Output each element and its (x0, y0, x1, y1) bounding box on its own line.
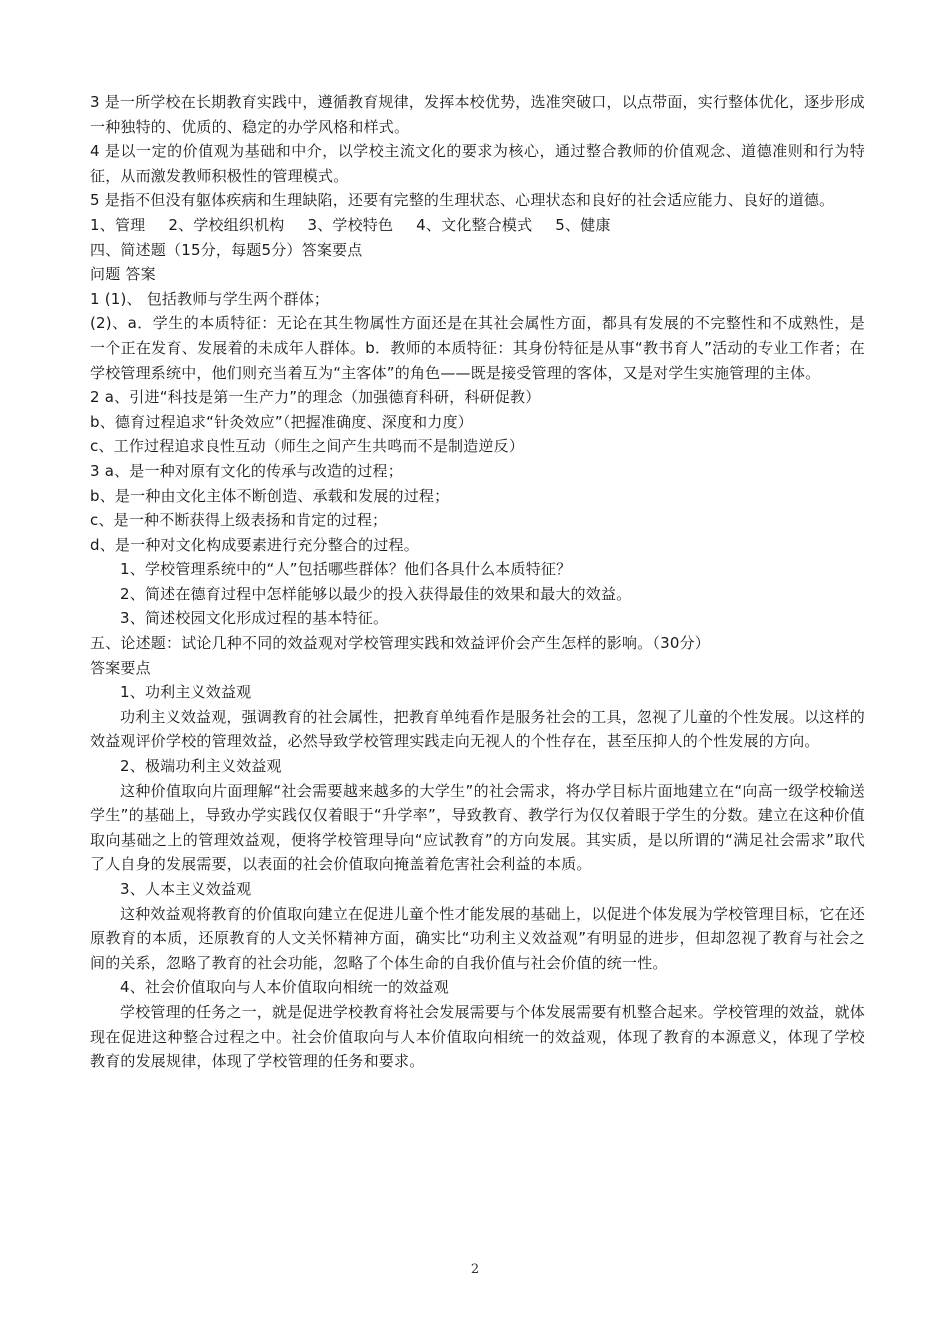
page-number: 2 (0, 1262, 950, 1277)
q3-item-b: b、是一种由文化主体不断创造、承载和发展的过程； (90, 484, 865, 509)
answer-term: 1、管理 (90, 216, 145, 234)
definition-3: 3 是一所学校在长期教育实践中，遵循教育规律，发挥本校优势，选准突破口，以点带面… (90, 90, 865, 139)
section5-subheading: 答案要点 (90, 656, 865, 681)
definition-4: 4 是以一定的价值观为基础和中介，以学校主流文化的要求为核心，通过整合教师的价值… (90, 139, 865, 188)
section4-subheading: 问题 答案 (90, 262, 865, 287)
answer-term: 3、学校特色 (307, 216, 393, 234)
question-1: 1、学校管理系统中的“人”包括哪些群体？他们各具什么本质特征？ (90, 557, 865, 582)
q2-item-a: 2 a、引进“科技是第一生产力”的理念（加强德育科研，科研促教） (90, 385, 865, 410)
point-3-body: 这种效益观将教育的价值取向建立在促进儿童个性才能发展的基础上，以促进个体发展为学… (90, 902, 865, 976)
point-4-body: 学校管理的任务之一，就是促进学校教育将社会发展需要与个体发展需要有机整合起来。学… (90, 1000, 865, 1074)
document-page: 3 是一所学校在长期教育实践中，遵循教育规律，发挥本校优势，选准突破口，以点带面… (0, 0, 950, 1343)
q2-item-c: c、工作过程追求良性互动（师生之间产生共鸣而不是制造逆反） (90, 434, 865, 459)
point-2-body: 这种价值取向片面理解“社会需要越来越多的大学生”的社会需求，将办学目标片面地建立… (90, 779, 865, 877)
point-3-title: 3、人本主义效益观 (90, 877, 865, 902)
point-4-title: 4、社会价值取向与人本价值取向相统一的效益观 (90, 975, 865, 1000)
q1-part2: (2)、a．学生的本质特征：无论在其生物属性方面还是在其社会属性方面，都具有发展… (90, 311, 865, 385)
question-3: 3、简述校园文化形成过程的基本特征。 (90, 606, 865, 631)
point-1-title: 1、功利主义效益观 (90, 680, 865, 705)
question-2: 2、简述在德育过程中怎样能够以最少的投入获得最佳的效果和最大的效益。 (90, 582, 865, 607)
definition-5: 5 是指不但没有躯体疾病和生理缺陷，还要有完整的生理状态、心理状态和良好的社会适… (90, 188, 865, 213)
section4-heading: 四、简述题（15分，每题5分）答案要点 (90, 238, 865, 263)
answer-terms-row: 1、管理 2、学校组织机构 3、学校特色 4、文化整合模式 5、健康 (90, 213, 865, 238)
answer-term: 5、健康 (555, 216, 610, 234)
point-2-title: 2、极端功利主义效益观 (90, 754, 865, 779)
page-content: 3 是一所学校在长期教育实践中，遵循教育规律，发挥本校优势，选准突破口，以点带面… (90, 90, 865, 1074)
section5-heading: 五、论述题：试论几种不同的效益观对学校管理实践和效益评价会产生怎样的影响。（30… (90, 631, 865, 656)
q3-item-a: 3 a、是一种对原有文化的传承与改造的过程； (90, 459, 865, 484)
q2-item-b: b、德育过程追求“针灸效应”（把握准确度、深度和力度） (90, 410, 865, 435)
answer-term: 4、文化整合模式 (416, 216, 532, 234)
point-1-body: 功利主义效益观，强调教育的社会属性，把教育单纯看作是服务社会的工具，忽视了儿童的… (90, 705, 865, 754)
q3-item-c: c、是一种不断获得上级表扬和肯定的过程； (90, 508, 865, 533)
answer-term: 2、学校组织机构 (168, 216, 284, 234)
q3-item-d: d、是一种对文化构成要素进行充分整合的过程。 (90, 533, 865, 558)
q1-part1: 1 (1)、 包括教师与学生两个群体； (90, 287, 865, 312)
